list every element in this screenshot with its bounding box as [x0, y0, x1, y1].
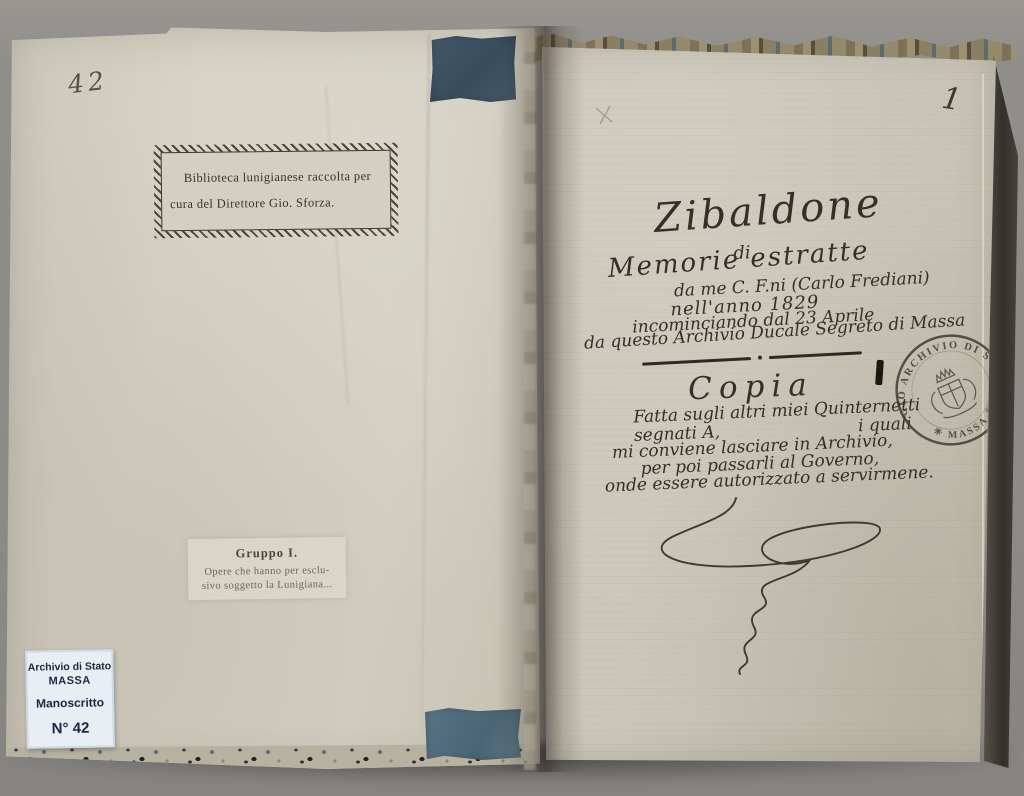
shelf-label-line-1: Archivio di Stato	[28, 660, 112, 673]
gruppo-slip: Gruppo I. Opere che hanno per esclu- siv…	[188, 537, 347, 600]
pen-flourish	[634, 496, 924, 678]
shelf-label-line-4: N° 42	[52, 720, 90, 738]
library-bookplate: Biblioteca lunigianese raccolta per cura…	[154, 143, 399, 238]
archive-shelf-label: Archivio di Stato MASSA Manoscritto N° 4…	[25, 649, 115, 749]
shelf-label-line-3: Manoscritto	[36, 695, 104, 710]
paper-crease	[420, 34, 430, 734]
gruppo-line-1: Opere che hanno per esclu-	[192, 565, 342, 578]
blue-tape-bottom	[425, 708, 521, 760]
spine-torn-paper	[524, 30, 536, 770]
library-bookplate-inner: Biblioteca lunigianese raccolta per cura…	[161, 150, 392, 231]
pencil-shelf-number: 42	[66, 66, 109, 100]
page-number: 1	[939, 81, 963, 119]
bookplate-line-1: Biblioteca lunigianese raccolta per	[170, 163, 382, 191]
shelf-label-line-2: MASSA	[48, 675, 90, 688]
paper-crease	[325, 86, 349, 405]
manuscript-photo: 42 Biblioteca lunigianese raccolta per c…	[0, 0, 1024, 796]
bookplate-line-2: cura del Direttore Gio. Sforza.	[170, 189, 382, 217]
hand-drawn-rule	[642, 350, 862, 366]
title-line-1: Zibaldone	[652, 183, 840, 242]
stamp-coat-of-arms	[922, 362, 982, 423]
gruppo-line-2: sivo soggetto la Lunigiana...	[192, 579, 342, 592]
blue-tape-top	[430, 36, 516, 102]
right-first-leaf: 1 Zibaldone di Memorie estratte da me C.…	[542, 44, 996, 762]
gruppo-title: Gruppo I.	[192, 545, 342, 562]
left-cover-pastedown: 42 Biblioteca lunigianese raccolta per c…	[6, 26, 540, 772]
faint-pencil-mark	[592, 102, 618, 128]
